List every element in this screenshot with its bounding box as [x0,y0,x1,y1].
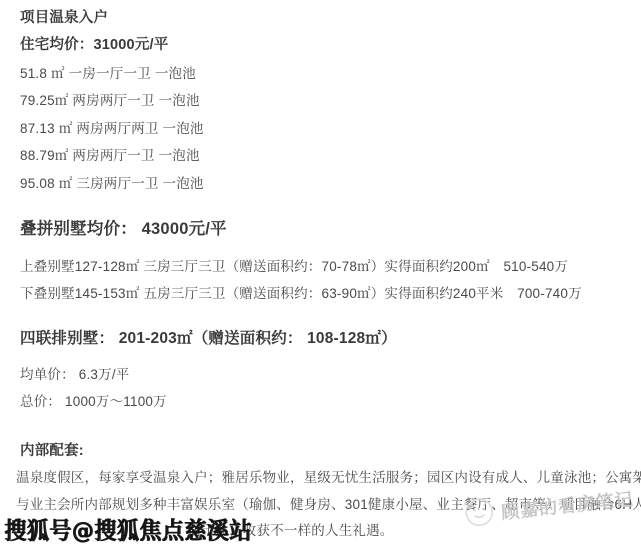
stacked-villa-upper-line: 上叠别墅127-128㎡ 三房三厅三卫（赠送面积约：70-78㎡）实得面积约20… [20,259,568,275]
townhouse-title: 四联排别墅： 201-203㎡（赠送面积约： 108-128㎡） [20,330,397,349]
residence-unit-line: 88.79㎡ 两房两厅一卫 一泡池 [20,148,200,164]
facilities-paragraph-line: 温泉度假区，每家享受温泉入户；雅居乐物业，星级无忧生活服务；园区内设有成人、儿童… [16,470,641,486]
left-watermark: 搜狐号@搜狐焦点慈溪站 [4,513,252,546]
facilities-title: 内部配套: [20,443,84,460]
residence-unit-line: 79.25㎡ 两房两厅一卫 一泡池 [20,93,200,109]
residence-unit-line: 87.13 ㎡ 两房两厅两卫 一泡池 [20,121,204,137]
residence-unit-line: 51.8 ㎡ 一房一厅一卫 一泡池 [20,66,196,82]
right-watermark-text: 顾嘉的看房笔记 [500,485,635,525]
stacked-villa-average-price: 叠拼别墅均价： 43000元/平 [20,220,227,240]
mascot-face-icon [460,491,500,536]
stacked-villa-lower-line: 下叠别墅145-153㎡ 五房三厅三卫（赠送面积约：63-90㎡）实得面积约24… [20,286,582,302]
residence-average-price: 住宅均价：31000元/平 [20,37,168,54]
article-page: 项目温泉入户 住宅均价：31000元/平 51.8 ㎡ 一房一厅一卫 一泡池 7… [0,0,641,547]
townhouse-total-price: 总价： 1000万～1100万 [20,394,167,410]
residence-section-title: 项目温泉入户 [20,10,108,27]
residence-unit-line: 95.08 ㎡ 三房两厅一卫 一泡池 [20,176,204,192]
townhouse-unit-price: 均单价： 6.3万/平 [20,367,129,383]
